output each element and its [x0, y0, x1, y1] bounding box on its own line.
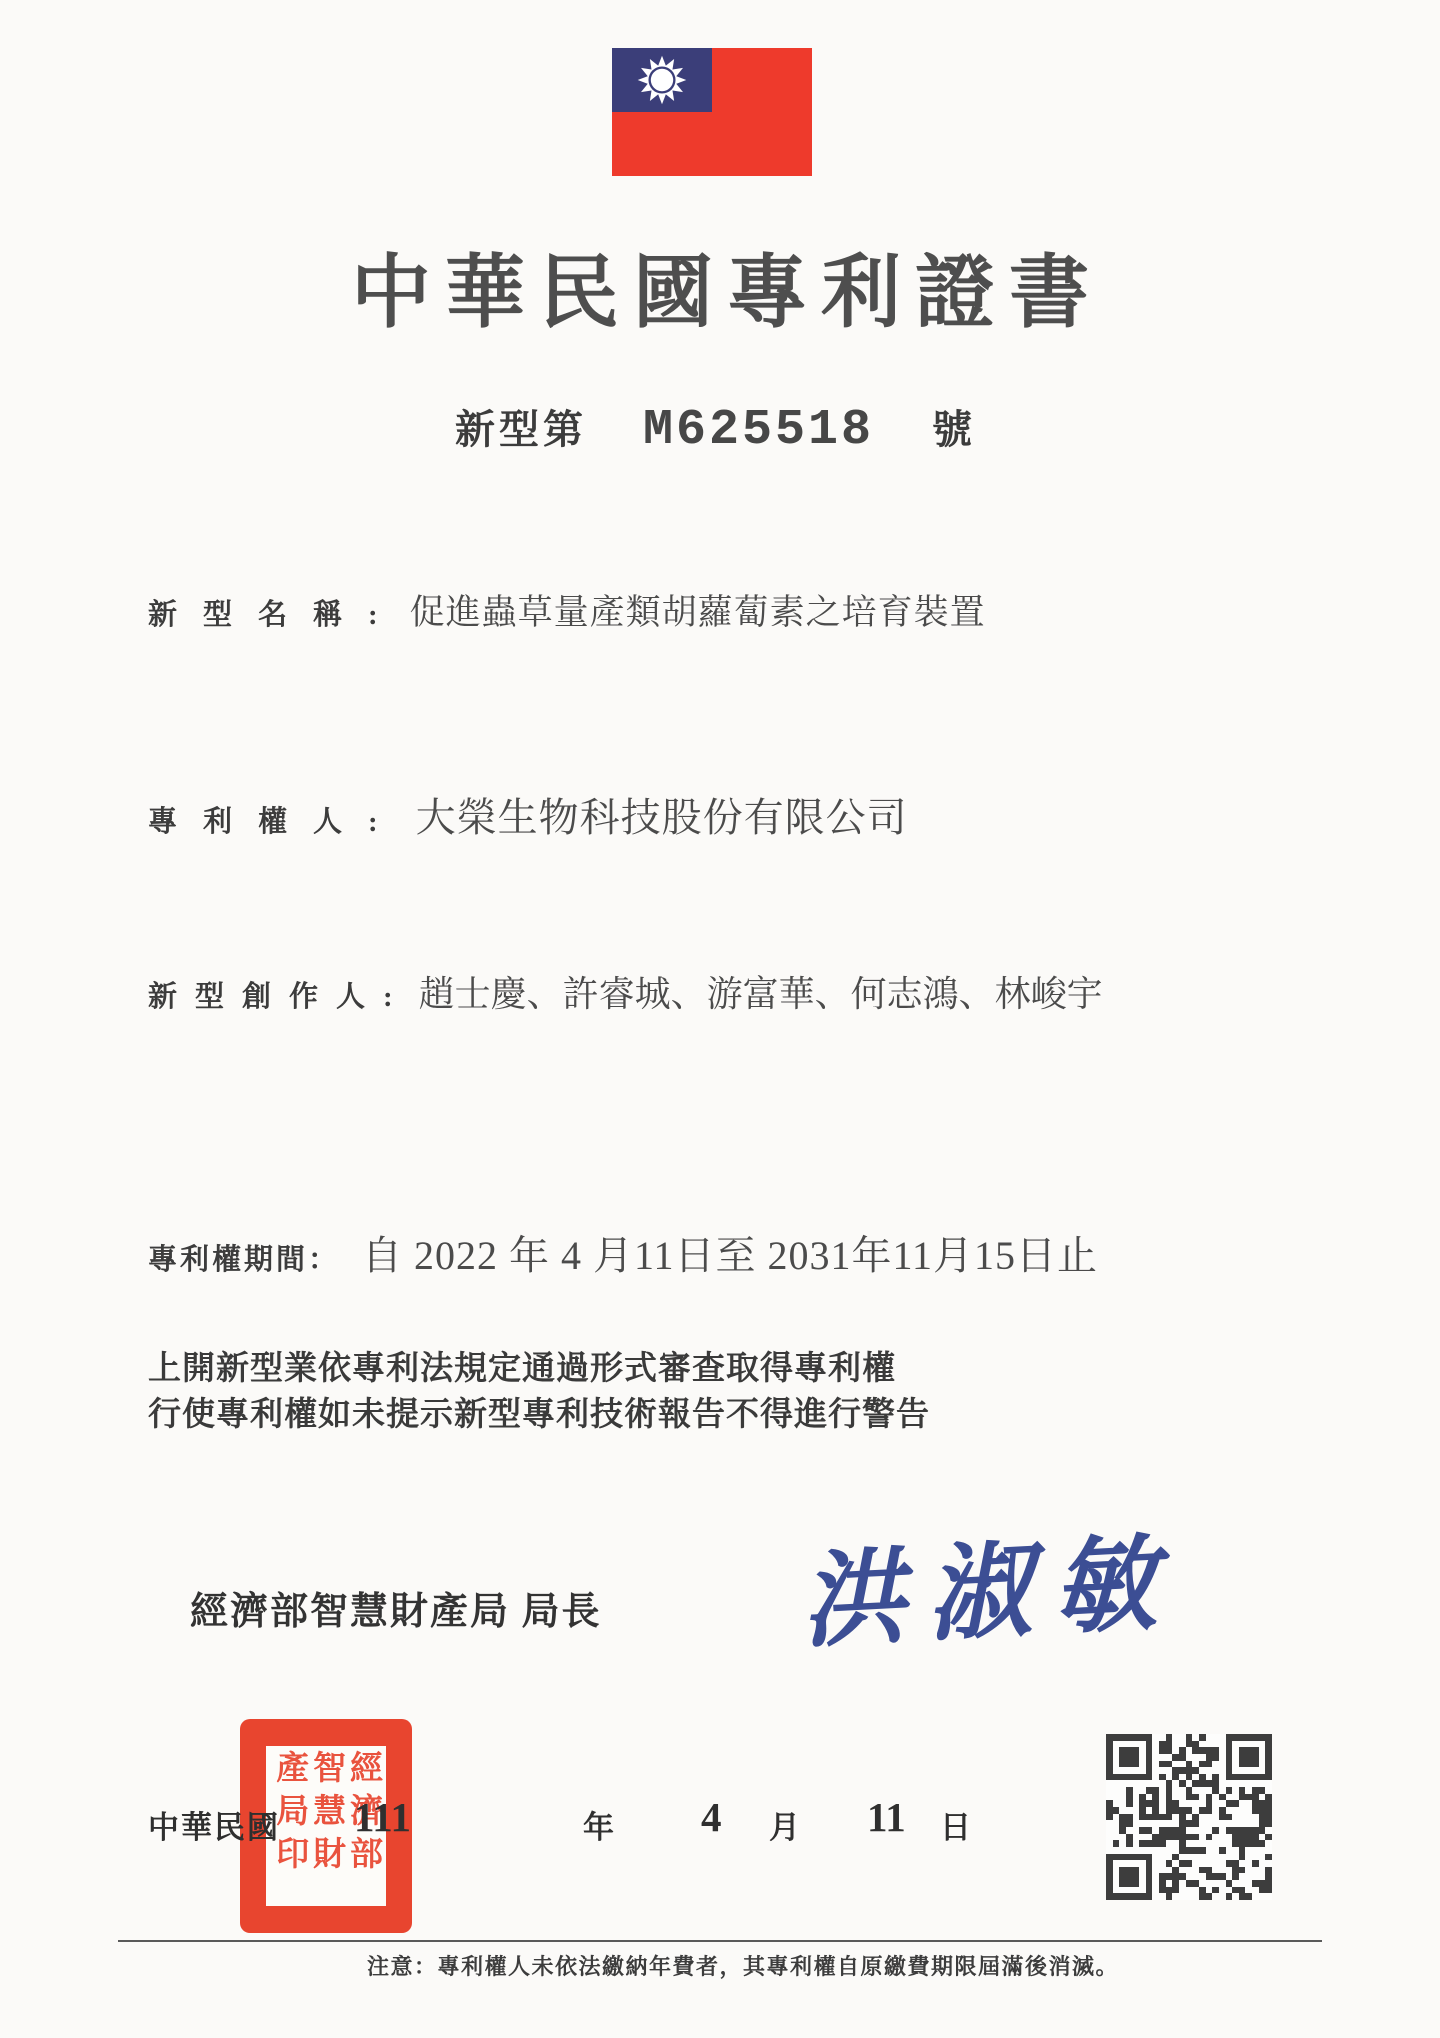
date-era: 中華民國: [148, 1802, 280, 1847]
field-label: 新型名稱:: [148, 592, 404, 633]
date-month-unit: 月: [769, 1802, 800, 1847]
date-month: 4: [701, 1793, 722, 1841]
patent-number-suffix: 號: [932, 398, 976, 455]
field-value: 趙士慶、許睿城、游富華、何志鴻、林峻宇: [419, 966, 1103, 1017]
taiwan-flag-icon: [612, 48, 812, 176]
footer-divider: [118, 1940, 1322, 1942]
field-label: 專利權期間：: [148, 1237, 340, 1278]
legal-line: 行使專利權如未提示新型專利技術報告不得進行警告: [148, 1392, 930, 1438]
field-value: 自 2022 年 4 月11日至 2031年11月15日止: [362, 1224, 1098, 1281]
field-label: 專利權人:: [148, 799, 404, 840]
field-value: 促進蟲草量產類胡蘿蔔素之培育裝置: [410, 585, 986, 635]
field-row-model-name: 新型名稱: 促進蟲草量產類胡蘿蔔素之培育裝置: [148, 585, 986, 635]
date-day-unit: 日: [940, 1802, 971, 1847]
certificate-title: 中華民國專利證書: [0, 228, 1440, 343]
field-row-patentee: 專利權人: 大榮生物科技股份有限公司: [148, 786, 908, 843]
certificate-page: 中華民國專利證書 新型第 M625518 號 新型名稱: 促進蟲草量產類胡蘿蔔素…: [0, 0, 1440, 2038]
field-value: 大榮生物科技股份有限公司: [416, 786, 908, 843]
date-day: 11: [867, 1793, 906, 1841]
flag-canton: [612, 48, 712, 112]
seal-text-column: 智慧財: [308, 1750, 344, 1902]
director-signature: 洪淑敏: [796, 1498, 1181, 1668]
patent-number-line: 新型第 M625518 號: [455, 398, 976, 459]
sun-icon: [634, 52, 690, 108]
date-year: 111: [354, 1793, 411, 1841]
footer-note: 注意：專利權人未依法繳納年費者，其專利權自原繳費期限屆滿後消滅。: [0, 1950, 1440, 1981]
field-row-creators: 新型創作人: 趙士慶、許睿城、游富華、何志鴻、林峻宇: [148, 966, 1103, 1017]
qr-code-icon: [1106, 1734, 1272, 1900]
legal-notice: 上開新型業依專利法規定通過形式審查取得專利權 行使專利權如未提示新型專利技術報告…: [148, 1346, 930, 1438]
field-row-patent-term: 專利權期間： 自 2022 年 4 月11日至 2031年11月15日止: [148, 1224, 1098, 1281]
patent-number-prefix: 新型第: [455, 398, 587, 455]
date-year-unit: 年: [583, 1802, 614, 1847]
issuer-title: 經濟部智慧財產局 局長: [190, 1580, 602, 1635]
field-label: 新型創作人:: [148, 974, 411, 1015]
patent-number: M625518: [643, 402, 874, 459]
legal-line: 上開新型業依專利法規定通過形式審查取得專利權: [148, 1346, 930, 1392]
